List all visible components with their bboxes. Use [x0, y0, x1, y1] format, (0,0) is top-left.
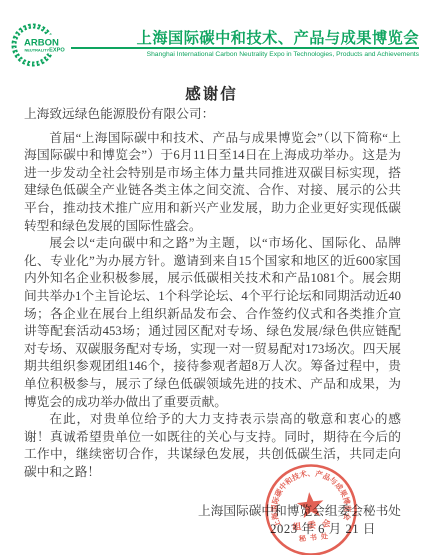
expo-logo: ARBON NEUTRALITYEXPO: [10, 20, 76, 70]
seal-committee-text: 组 委 会: [292, 517, 333, 532]
seal-star-icon: [296, 491, 325, 519]
seal-icon: 上海国际碳中和技术、产品与成果博览会 组 委 会 秘 书 处: [258, 457, 364, 555]
expo-subtitle-english: Shanghai International Carbon Neutrality…: [100, 51, 419, 58]
paragraph-1: 首届“上海国际碳中和技术、产品与成果博览会”（以下简称“上海国际碳中和博览会”）…: [24, 130, 401, 236]
letter-body: 上海致远绿色能源股份有限公司： 首届“上海国际碳中和技术、产品与成果博览会”（以…: [24, 106, 401, 481]
expo-title: 上海国际碳中和技术、产品与成果博览会: [120, 27, 419, 48]
thank-you-letter-page: ARBON NEUTRALITYEXPO 上海国际碳中和技术、产品与成果博览会 …: [0, 0, 423, 555]
laurel-wreath-icon: ARBON NEUTRALITYEXPO: [10, 20, 76, 70]
letter-heading: 感谢信: [0, 82, 423, 104]
header-divider: [71, 47, 419, 49]
official-seal: 上海国际碳中和技术、产品与成果博览会 组 委 会 秘 书 处: [258, 457, 364, 555]
paragraph-2: 展会以“走向碳中和之路”为主题，以“市场化、国际化、品牌化、专业化”为办展方针。…: [24, 235, 401, 411]
seal-secretariat-text: 秘 书 处: [298, 531, 329, 543]
salutation: 上海致远绿色能源股份有限公司：: [24, 106, 401, 124]
